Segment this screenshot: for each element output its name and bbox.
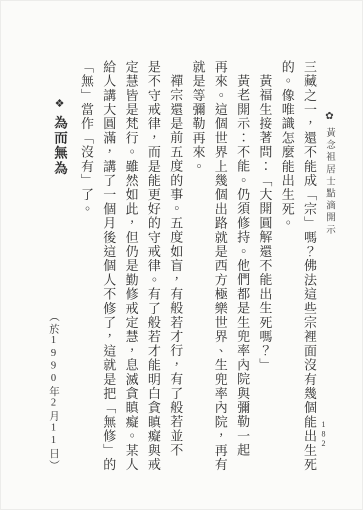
text-column: 定慧皆是梵行。雖然如此，但仍是勤修戒定慧，息滅貪瞋癡。某人: [120, 60, 142, 472]
text-column: 的。像唯識怎麼能出生死。: [276, 60, 298, 230]
text-column: 三藏之一，還不能成「宗」嗎？佛法這些宗裡面沒有幾個能出生死: [298, 60, 320, 472]
text-column: 黃老開示：不能。仍須修持。他們都是生兜率內院與彌勒一起: [231, 60, 253, 458]
section-heading-column: ❖為而無為: [50, 97, 68, 176]
book-page: ✿黃念祖居士點滴開示 182 三藏之一，還不能成「宗」嗎？佛法這些宗裡面沒有幾個…: [0, 0, 363, 510]
text-column: 給人講大圓滿，講了一個月後這個人不修了，這就是把「無修」的: [97, 60, 119, 472]
section-heading-title: 為而無為: [52, 116, 67, 176]
date-line: （於1990年2月11日）: [46, 311, 61, 472]
text-column: 就是等彌勒再來。: [187, 60, 209, 174]
text-column: 「無」當作「沒有」了。: [75, 60, 97, 216]
section-marker-icon: ❖: [53, 97, 66, 112]
text-column: 再來。這個世界上幾個出路就是西方極樂世界、生兜率內院，再有: [209, 60, 231, 472]
text-column: 禪宗還是前五度的事。五度如盲，有般若才行，有了般若並不: [164, 60, 186, 458]
text-column: 是不守戒律，而是能更好的守戒律。有了般若才能明白貪瞋癡與戒: [142, 60, 164, 472]
text-column: 黃福生接著問：「大開圓解還不能出生死嗎？」: [253, 60, 275, 372]
